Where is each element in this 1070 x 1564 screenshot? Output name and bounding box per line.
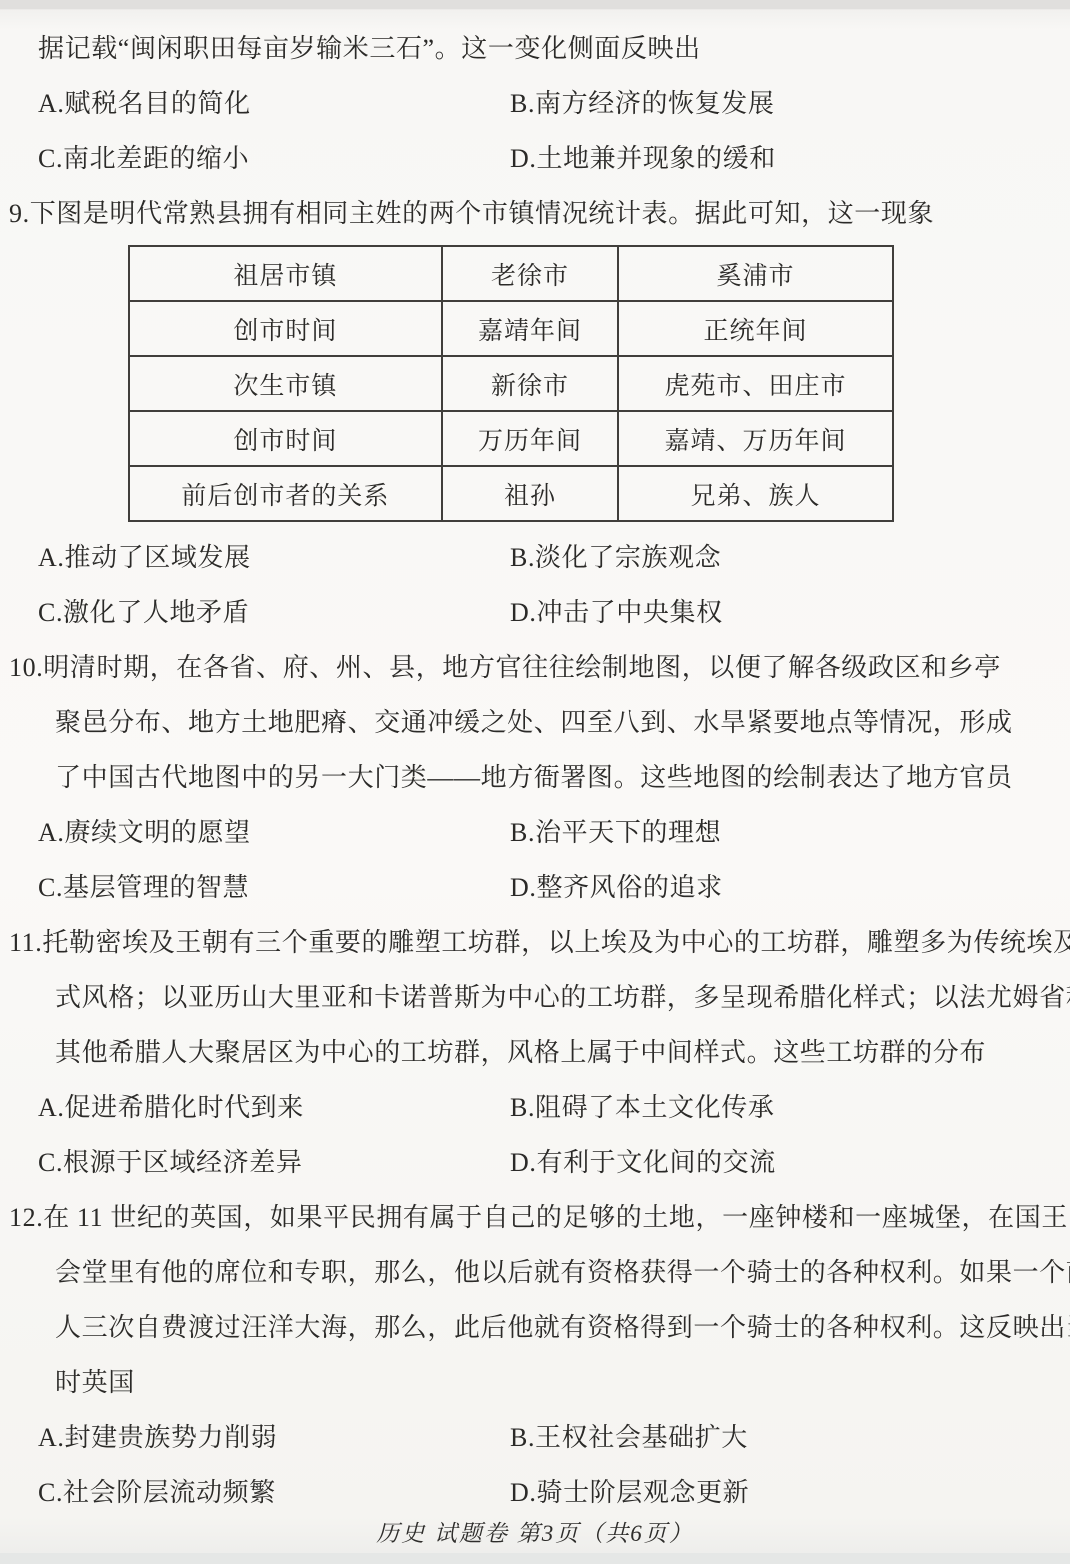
q9-options-row-2: C.激化了人地矛盾 D.冲击了中央集权 [0, 585, 1070, 640]
scan-bottom-edge-bar [0, 1553, 1070, 1564]
q8-option-d: D.土地兼并现象的缓和 [510, 131, 1070, 186]
q8-option-c: C.南北差距的缩小 [0, 131, 510, 186]
table-cell: 奚浦市 [618, 246, 893, 301]
q12-option-b: B.王权社会基础扩大 [510, 1410, 1070, 1465]
q10-stem-line-1: 10.明清时期，在各省、府、州、县，地方官往往绘制地图，以便了解各级政区和乡亭 [0, 640, 1070, 695]
q9-options-row-1: A.推动了区域发展 B.淡化了宗族观念 [0, 530, 1070, 585]
q9-table: 祖居市镇 老徐市 奚浦市 创市时间 嘉靖年间 正统年间 次生市镇 新徐市 虎苑市… [128, 245, 894, 522]
exam-content: 据记载“闽闲职田每亩岁输米三石”。这一变化侧面反映出 A.赋税名目的简化 B.南… [0, 0, 1070, 1548]
q11-option-c: C.根源于区域经济差异 [0, 1135, 510, 1190]
table-row: 创市时间 万历年间 嘉靖、万历年间 [129, 411, 893, 466]
table-row: 祖居市镇 老徐市 奚浦市 [129, 246, 893, 301]
q12-option-a: A.封建贵族势力削弱 [0, 1410, 510, 1465]
exam-page: 据记载“闽闲职田每亩岁输米三石”。这一变化侧面反映出 A.赋税名目的简化 B.南… [0, 0, 1070, 1564]
q9-option-b: B.淡化了宗族观念 [510, 530, 1070, 585]
table-cell: 嘉靖、万历年间 [618, 411, 893, 466]
table-cell: 虎苑市、田庄市 [618, 356, 893, 411]
q12-stem-line-2: 会堂里有他的席位和专职，那么，他以后就有资格获得一个骑士的各种权利。如果一个商 [0, 1245, 1070, 1300]
page-footer: 历史 试题卷 第3页（共6页） [0, 1520, 1070, 1548]
q11-option-a: A.促进希腊化时代到来 [0, 1080, 510, 1135]
table-cell: 次生市镇 [129, 356, 442, 411]
q12-stem-line-1: 12.在 11 世纪的英国，如果平民拥有属于自己的足够的土地，一座钟楼和一座城堡… [0, 1190, 1070, 1245]
table-cell: 万历年间 [442, 411, 618, 466]
table-cell: 新徐市 [442, 356, 618, 411]
q9-option-a: A.推动了区域发展 [0, 530, 510, 585]
q12-option-c: C.社会阶层流动频繁 [0, 1465, 510, 1520]
q11-option-d: D.有利于文化间的交流 [510, 1135, 1070, 1190]
q12-options-row-2: C.社会阶层流动频繁 D.骑士阶层观念更新 [0, 1465, 1070, 1520]
q10-option-b: B.治平天下的理想 [510, 805, 1070, 860]
q9-option-c: C.激化了人地矛盾 [0, 585, 510, 640]
table-cell: 嘉靖年间 [442, 301, 618, 356]
table-row: 次生市镇 新徐市 虎苑市、田庄市 [129, 356, 893, 411]
q10-option-c: C.基层管理的智慧 [0, 860, 510, 915]
table-cell: 祖居市镇 [129, 246, 442, 301]
q10-options-row-1: A.赓续文明的愿望 B.治平天下的理想 [0, 805, 1070, 860]
q10-option-d: D.整齐风俗的追求 [510, 860, 1070, 915]
q11-options-row-1: A.促进希腊化时代到来 B.阻碍了本土文化传承 [0, 1080, 1070, 1135]
table-cell: 创市时间 [129, 301, 442, 356]
table-cell: 前后创市者的关系 [129, 466, 442, 521]
q10-option-a: A.赓续文明的愿望 [0, 805, 510, 860]
q12-stem-line-4: 时英国 [0, 1355, 1070, 1410]
q8-option-b: B.南方经济的恢复发展 [510, 76, 1070, 131]
table-cell: 兄弟、族人 [618, 466, 893, 521]
table-cell: 祖孙 [442, 466, 618, 521]
q11-option-b: B.阻碍了本土文化传承 [510, 1080, 1070, 1135]
q12-stem-line-3: 人三次自费渡过汪洋大海，那么，此后他就有资格得到一个骑士的各种权利。这反映出当 [0, 1300, 1070, 1355]
q8-options-row-1: A.赋税名目的简化 B.南方经济的恢复发展 [0, 76, 1070, 131]
table-cell: 创市时间 [129, 411, 442, 466]
q8-option-a: A.赋税名目的简化 [0, 76, 510, 131]
q8-options-row-2: C.南北差距的缩小 D.土地兼并现象的缓和 [0, 131, 1070, 186]
q11-stem-line-1: 11.托勒密埃及王朝有三个重要的雕塑工坊群，以上埃及为中心的工坊群，雕塑多为传统… [0, 915, 1070, 970]
q9-stem-line: 9.下图是明代常熟县拥有相同主姓的两个市镇情况统计表。据此可知，这一现象 [0, 186, 1070, 241]
table-cell: 老徐市 [442, 246, 618, 301]
q12-options-row-1: A.封建贵族势力削弱 B.王权社会基础扩大 [0, 1410, 1070, 1465]
q10-stem-line-2: 聚邑分布、地方土地肥瘠、交通冲缓之处、四至八到、水旱紧要地点等情况，形成 [0, 695, 1070, 750]
table-row: 创市时间 嘉靖年间 正统年间 [129, 301, 893, 356]
q9-option-d: D.冲击了中央集权 [510, 585, 1070, 640]
table-row: 前后创市者的关系 祖孙 兄弟、族人 [129, 466, 893, 521]
table-cell: 正统年间 [618, 301, 893, 356]
q10-options-row-2: C.基层管理的智慧 D.整齐风俗的追求 [0, 860, 1070, 915]
q11-stem-line-3: 其他希腊人大聚居区为中心的工坊群，风格上属于中间样式。这些工坊群的分布 [0, 1025, 1070, 1080]
q8-stem-line: 据记载“闽闲职田每亩岁输米三石”。这一变化侧面反映出 [0, 21, 1070, 76]
q11-stem-line-2: 式风格；以亚历山大里亚和卡诺普斯为中心的工坊群，多呈现希腊化样式；以法尤姆省和 [0, 970, 1070, 1025]
q10-stem-line-3: 了中国古代地图中的另一大门类——地方衙署图。这些地图的绘制表达了地方官员 [0, 750, 1070, 805]
q11-options-row-2: C.根源于区域经济差异 D.有利于文化间的交流 [0, 1135, 1070, 1190]
q12-option-d: D.骑士阶层观念更新 [510, 1465, 1070, 1520]
